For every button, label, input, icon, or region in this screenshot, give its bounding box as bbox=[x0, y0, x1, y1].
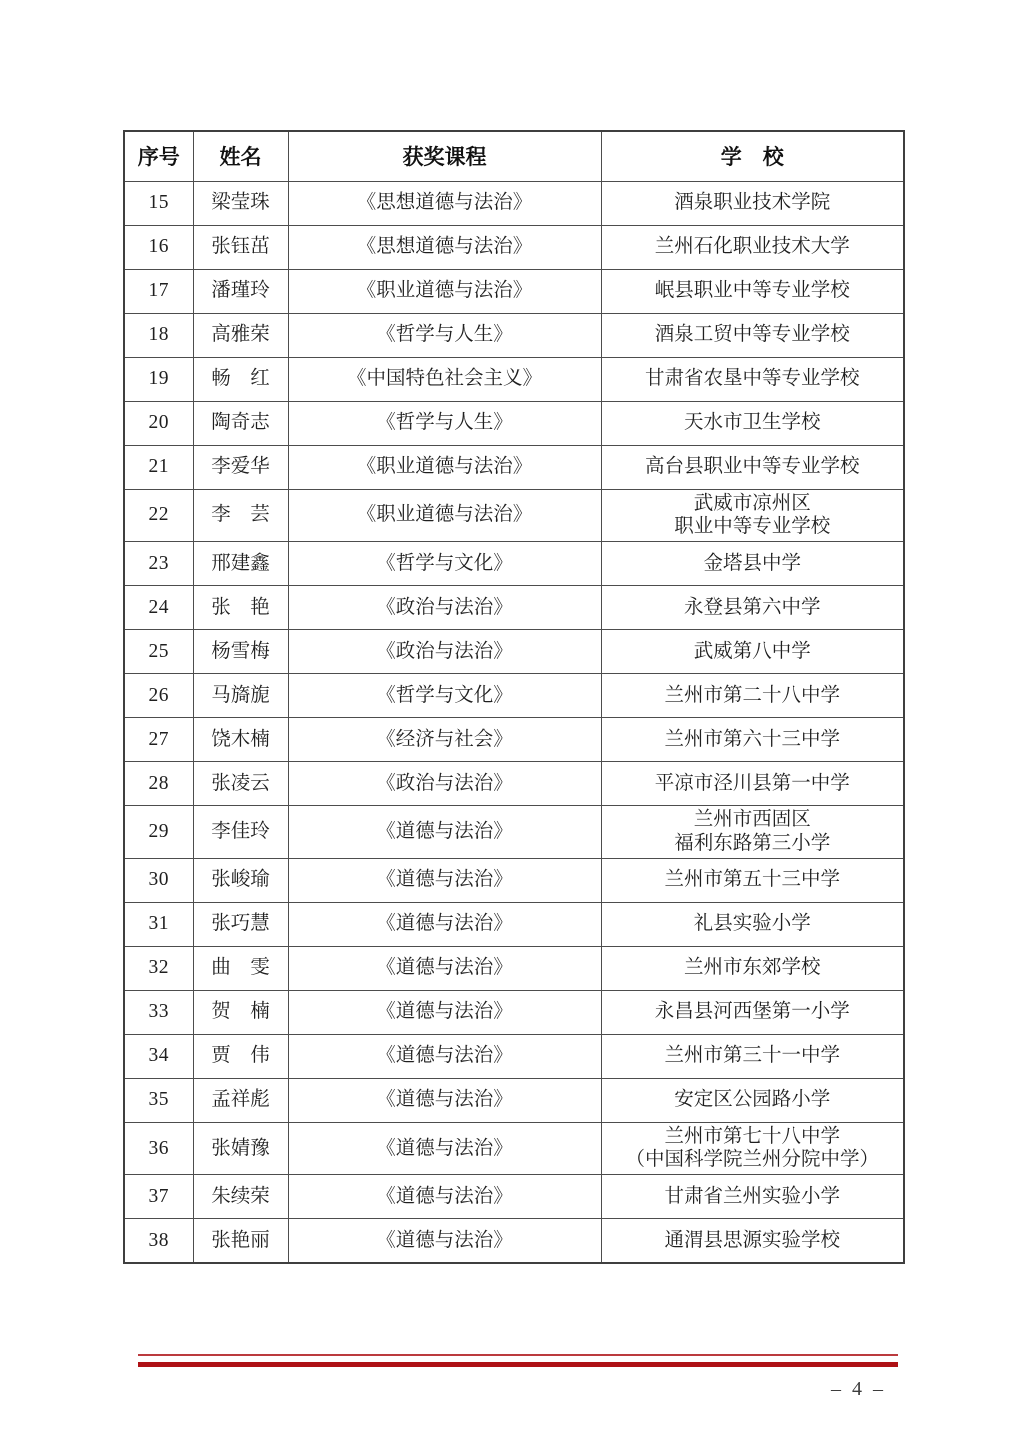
cell-index: 25 bbox=[124, 630, 193, 674]
cell-index: 27 bbox=[124, 718, 193, 762]
cell-name: 梁莹珠 bbox=[193, 181, 288, 225]
cell-course: 《政治与法治》 bbox=[288, 762, 601, 806]
cell-school: 礼县实验小学 bbox=[601, 902, 904, 946]
column-header-course: 获奖课程 bbox=[288, 131, 601, 181]
cell-name: 畅 红 bbox=[193, 357, 288, 401]
cell-course: 《职业道德与法治》 bbox=[288, 445, 601, 489]
cell-school: 安定区公园路小学 bbox=[601, 1078, 904, 1122]
cell-index: 21 bbox=[124, 445, 193, 489]
cell-course: 《道德与法治》 bbox=[288, 806, 601, 859]
cell-school: 金塔县中学 bbox=[601, 542, 904, 586]
cell-index: 32 bbox=[124, 946, 193, 990]
cell-course: 《政治与法治》 bbox=[288, 630, 601, 674]
cell-school: 武威第八中学 bbox=[601, 630, 904, 674]
cell-school: 兰州市西固区 福利东路第三小学 bbox=[601, 806, 904, 859]
cell-school: 兰州市东郊学校 bbox=[601, 946, 904, 990]
table-row: 35 孟祥彪 《道德与法治》 安定区公园路小学 bbox=[124, 1078, 904, 1122]
cell-school: 平凉市泾川县第一中学 bbox=[601, 762, 904, 806]
cell-name: 张钰茁 bbox=[193, 225, 288, 269]
cell-course: 《道德与法治》 bbox=[288, 1175, 601, 1219]
cell-index: 31 bbox=[124, 902, 193, 946]
cell-index: 34 bbox=[124, 1034, 193, 1078]
footer-rule-thick bbox=[138, 1362, 898, 1367]
table-row: 16 张钰茁 《思想道德与法治》 兰州石化职业技术大学 bbox=[124, 225, 904, 269]
cell-index: 15 bbox=[124, 181, 193, 225]
cell-course: 《政治与法治》 bbox=[288, 586, 601, 630]
table-row: 20 陶奇志 《哲学与人生》 天水市卫生学校 bbox=[124, 401, 904, 445]
cell-index: 37 bbox=[124, 1175, 193, 1219]
cell-course: 《道德与法治》 bbox=[288, 1034, 601, 1078]
cell-name: 贾 伟 bbox=[193, 1034, 288, 1078]
cell-name: 饶木楠 bbox=[193, 718, 288, 762]
cell-index: 38 bbox=[124, 1219, 193, 1263]
cell-course: 《思想道德与法治》 bbox=[288, 225, 601, 269]
page-number: – 4 – bbox=[831, 1378, 886, 1401]
column-header-index: 序号 bbox=[124, 131, 193, 181]
cell-index: 36 bbox=[124, 1122, 193, 1175]
footer-rule-thin bbox=[138, 1354, 898, 1356]
cell-school: 酒泉工贸中等专业学校 bbox=[601, 313, 904, 357]
cell-course: 《道德与法治》 bbox=[288, 858, 601, 902]
cell-school: 兰州市第三十一中学 bbox=[601, 1034, 904, 1078]
cell-name: 邢建鑫 bbox=[193, 542, 288, 586]
cell-school: 兰州市第五十三中学 bbox=[601, 858, 904, 902]
cell-name: 李爱华 bbox=[193, 445, 288, 489]
table-row: 27 饶木楠 《经济与社会》 兰州市第六十三中学 bbox=[124, 718, 904, 762]
cell-index: 29 bbox=[124, 806, 193, 859]
column-header-name: 姓名 bbox=[193, 131, 288, 181]
table-row: 26 马旖旎 《哲学与文化》 兰州市第二十八中学 bbox=[124, 674, 904, 718]
cell-index: 35 bbox=[124, 1078, 193, 1122]
column-header-school: 学 校 bbox=[601, 131, 904, 181]
cell-name: 李佳玲 bbox=[193, 806, 288, 859]
table-row: 33 贺 楠 《道德与法治》 永昌县河西堡第一小学 bbox=[124, 990, 904, 1034]
cell-name: 张婧豫 bbox=[193, 1122, 288, 1175]
cell-school: 岷县职业中等专业学校 bbox=[601, 269, 904, 313]
table-row: 30 张峻瑜 《道德与法治》 兰州市第五十三中学 bbox=[124, 858, 904, 902]
table-row: 36 张婧豫 《道德与法治》 兰州市第七十八中学 （中国科学院兰州分院中学） bbox=[124, 1122, 904, 1175]
cell-name: 李 芸 bbox=[193, 489, 288, 542]
cell-course: 《职业道德与法治》 bbox=[288, 269, 601, 313]
cell-school: 天水市卫生学校 bbox=[601, 401, 904, 445]
table-row: 23 邢建鑫 《哲学与文化》 金塔县中学 bbox=[124, 542, 904, 586]
cell-course: 《哲学与人生》 bbox=[288, 401, 601, 445]
table-row: 17 潘瑾玲 《职业道德与法治》 岷县职业中等专业学校 bbox=[124, 269, 904, 313]
cell-school: 永昌县河西堡第一小学 bbox=[601, 990, 904, 1034]
cell-course: 《道德与法治》 bbox=[288, 1219, 601, 1263]
cell-school: 兰州市第二十八中学 bbox=[601, 674, 904, 718]
cell-school: 兰州市第六十三中学 bbox=[601, 718, 904, 762]
cell-school: 永登县第六中学 bbox=[601, 586, 904, 630]
cell-index: 33 bbox=[124, 990, 193, 1034]
table-row: 19 畅 红 《中国特色社会主义》 甘肃省农垦中等专业学校 bbox=[124, 357, 904, 401]
cell-school: 甘肃省兰州实验小学 bbox=[601, 1175, 904, 1219]
cell-index: 17 bbox=[124, 269, 193, 313]
cell-course: 《道德与法治》 bbox=[288, 946, 601, 990]
table-row: 21 李爱华 《职业道德与法治》 高台县职业中等专业学校 bbox=[124, 445, 904, 489]
table-row: 37 朱续荣 《道德与法治》 甘肃省兰州实验小学 bbox=[124, 1175, 904, 1219]
cell-course: 《中国特色社会主义》 bbox=[288, 357, 601, 401]
table-row: 22 李 芸 《职业道德与法治》 武威市凉州区 职业中等专业学校 bbox=[124, 489, 904, 542]
cell-name: 朱续荣 bbox=[193, 1175, 288, 1219]
cell-course: 《道德与法治》 bbox=[288, 990, 601, 1034]
cell-index: 30 bbox=[124, 858, 193, 902]
cell-course: 《道德与法治》 bbox=[288, 902, 601, 946]
cell-name: 张峻瑜 bbox=[193, 858, 288, 902]
cell-name: 张巧慧 bbox=[193, 902, 288, 946]
table-row: 34 贾 伟 《道德与法治》 兰州市第三十一中学 bbox=[124, 1034, 904, 1078]
cell-name: 潘瑾玲 bbox=[193, 269, 288, 313]
cell-name: 孟祥彪 bbox=[193, 1078, 288, 1122]
table-row: 31 张巧慧 《道德与法治》 礼县实验小学 bbox=[124, 902, 904, 946]
cell-name: 高雅荣 bbox=[193, 313, 288, 357]
table-row: 38 张艳丽 《道德与法治》 通渭县思源实验学校 bbox=[124, 1219, 904, 1263]
cell-school: 兰州石化职业技术大学 bbox=[601, 225, 904, 269]
table-row: 15 梁莹珠 《思想道德与法治》 酒泉职业技术学院 bbox=[124, 181, 904, 225]
cell-school: 通渭县思源实验学校 bbox=[601, 1219, 904, 1263]
cell-course: 《思想道德与法治》 bbox=[288, 181, 601, 225]
cell-name: 张 艳 bbox=[193, 586, 288, 630]
cell-course: 《哲学与文化》 bbox=[288, 674, 601, 718]
cell-course: 《道德与法治》 bbox=[288, 1122, 601, 1175]
cell-school: 酒泉职业技术学院 bbox=[601, 181, 904, 225]
cell-index: 23 bbox=[124, 542, 193, 586]
table-row: 25 杨雪梅 《政治与法治》 武威第八中学 bbox=[124, 630, 904, 674]
table-row: 29 李佳玲 《道德与法治》 兰州市西固区 福利东路第三小学 bbox=[124, 806, 904, 859]
cell-name: 张艳丽 bbox=[193, 1219, 288, 1263]
cell-course: 《经济与社会》 bbox=[288, 718, 601, 762]
cell-index: 28 bbox=[124, 762, 193, 806]
cell-school: 甘肃省农垦中等专业学校 bbox=[601, 357, 904, 401]
cell-name: 马旖旎 bbox=[193, 674, 288, 718]
cell-index: 18 bbox=[124, 313, 193, 357]
cell-index: 26 bbox=[124, 674, 193, 718]
cell-name: 陶奇志 bbox=[193, 401, 288, 445]
cell-course: 《道德与法治》 bbox=[288, 1078, 601, 1122]
cell-name: 杨雪梅 bbox=[193, 630, 288, 674]
document-page: 序号 姓名 获奖课程 学 校 15 梁莹珠 《思想道德与法治》 酒泉职业技术学院… bbox=[0, 0, 1024, 1448]
cell-name: 张凌云 bbox=[193, 762, 288, 806]
table-row: 28 张凌云 《政治与法治》 平凉市泾川县第一中学 bbox=[124, 762, 904, 806]
cell-name: 曲 雯 bbox=[193, 946, 288, 990]
cell-index: 22 bbox=[124, 489, 193, 542]
cell-course: 《哲学与文化》 bbox=[288, 542, 601, 586]
table-row: 18 高雅荣 《哲学与人生》 酒泉工贸中等专业学校 bbox=[124, 313, 904, 357]
cell-index: 19 bbox=[124, 357, 193, 401]
table-row: 32 曲 雯 《道德与法治》 兰州市东郊学校 bbox=[124, 946, 904, 990]
cell-course: 《哲学与人生》 bbox=[288, 313, 601, 357]
cell-school: 高台县职业中等专业学校 bbox=[601, 445, 904, 489]
table-header-row: 序号 姓名 获奖课程 学 校 bbox=[124, 131, 904, 181]
cell-index: 16 bbox=[124, 225, 193, 269]
table-row: 24 张 艳 《政治与法治》 永登县第六中学 bbox=[124, 586, 904, 630]
cell-index: 24 bbox=[124, 586, 193, 630]
cell-course: 《职业道德与法治》 bbox=[288, 489, 601, 542]
cell-name: 贺 楠 bbox=[193, 990, 288, 1034]
cell-school: 兰州市第七十八中学 （中国科学院兰州分院中学） bbox=[601, 1122, 904, 1175]
cell-school: 武威市凉州区 职业中等专业学校 bbox=[601, 489, 904, 542]
cell-index: 20 bbox=[124, 401, 193, 445]
awards-table: 序号 姓名 获奖课程 学 校 15 梁莹珠 《思想道德与法治》 酒泉职业技术学院… bbox=[123, 130, 905, 1264]
